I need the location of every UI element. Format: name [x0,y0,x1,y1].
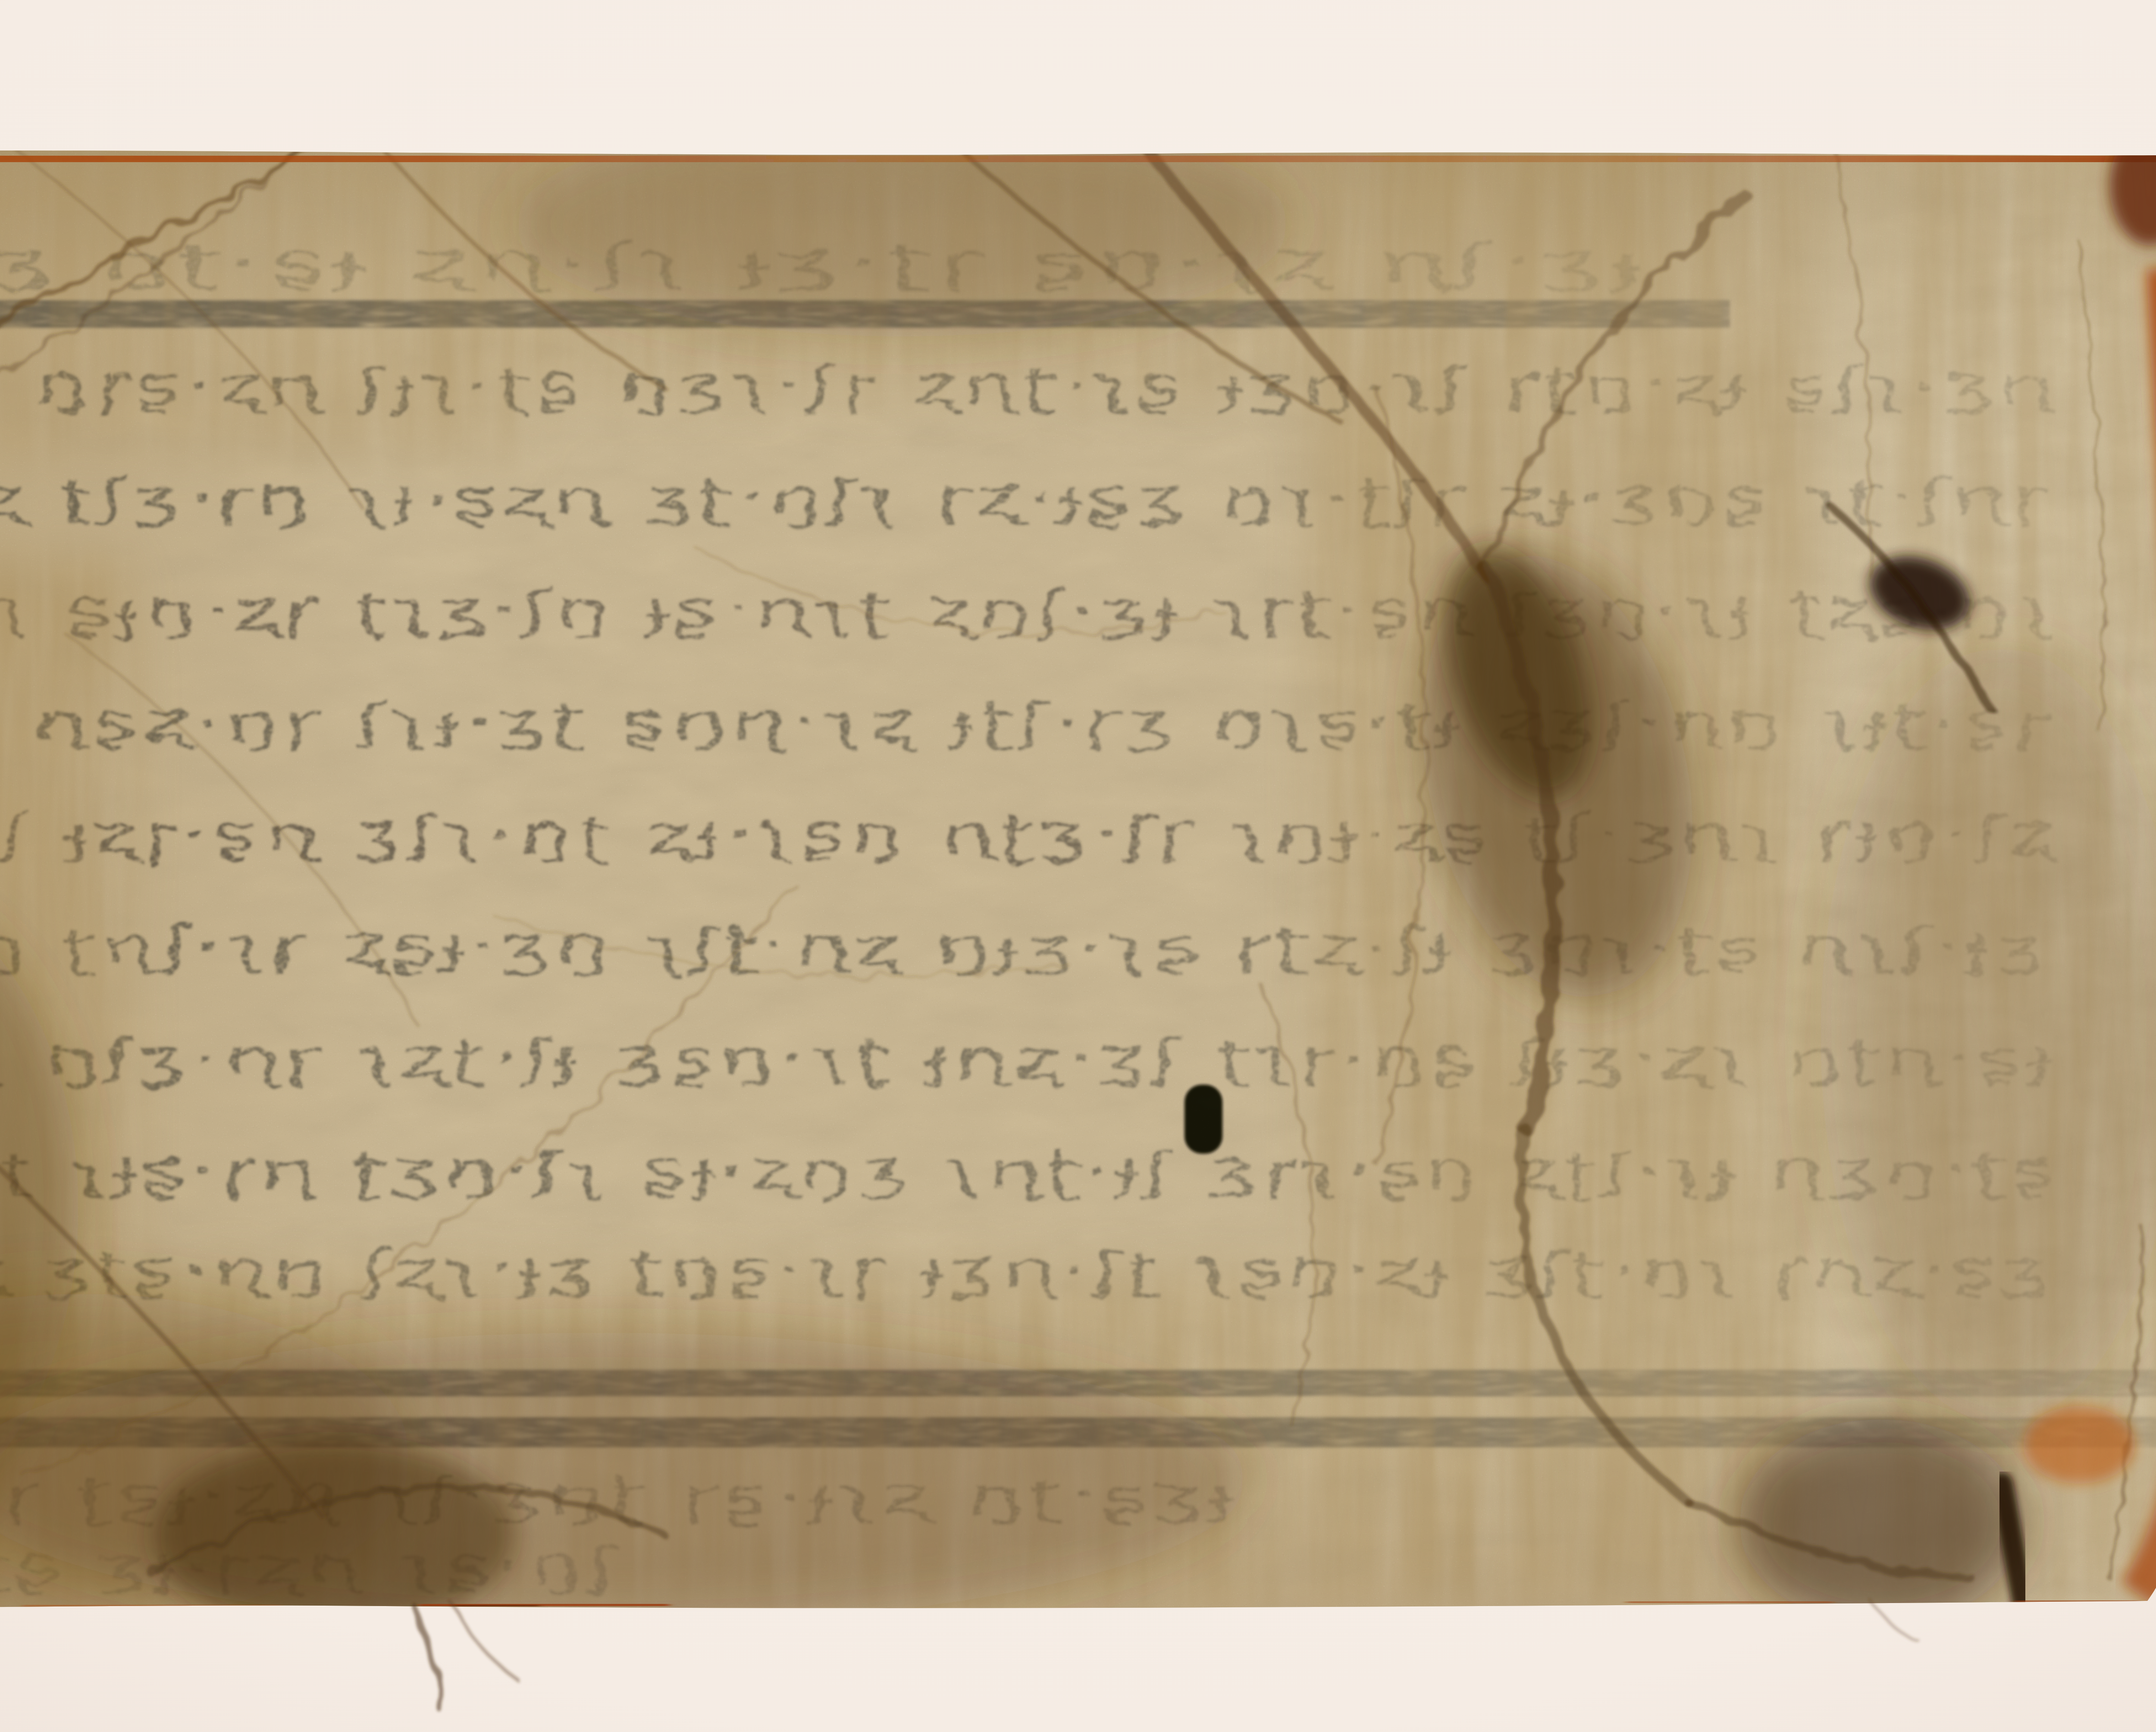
manuscript-photo: ʃɼ·ʅʒ ŋʈ·ʂɟ ʐɳ·ʃʅ ɟʒ·ʈɼ ʂŋ·ʅʐ ɳʃ·ʒɟ ʃɟ·ʅ… [0,0,2156,1732]
manuscript-paper: ʃɼ·ʅʒ ŋʈ·ʂɟ ʐɳ·ʃʅ ɟʒ·ʈɼ ʂŋ·ʅʐ ɳʃ·ʒɟ ʃɟ·ʅ… [0,17,2156,1639]
dirt-speckle-layer [0,129,2156,1639]
photograph: ʃɼ·ʅʒ ŋʈ·ʂɟ ʐɳ·ʃʅ ɟʒ·ʈɼ ʂŋ·ʅʐ ɳʃ·ʒɟ ʃɟ·ʅ… [0,0,2156,1732]
